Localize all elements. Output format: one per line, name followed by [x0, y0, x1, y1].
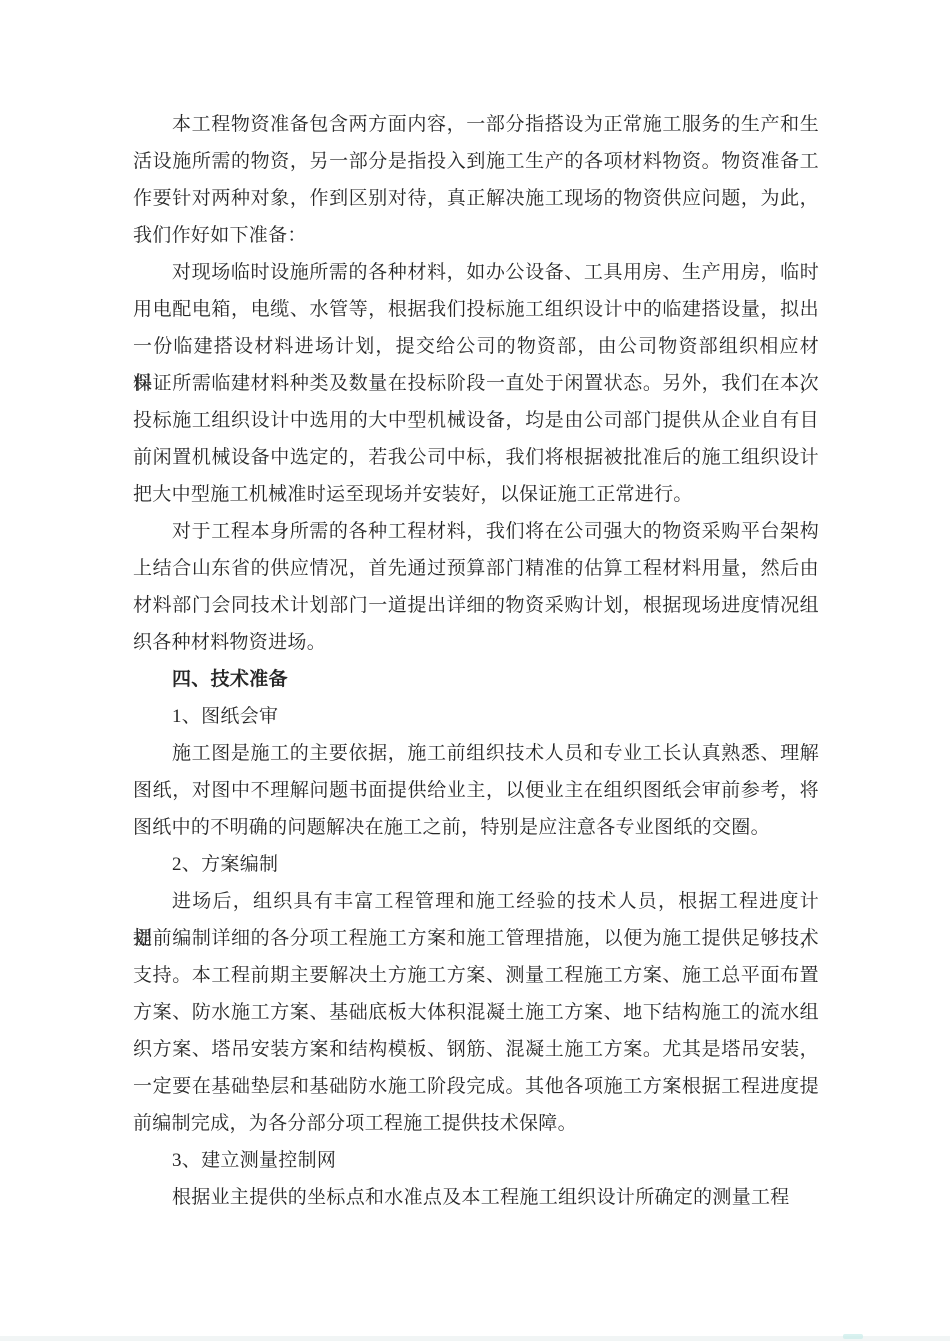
paragraph-line: 一定要在基础垫层和基础防水施工阶段完成。其他各项施工方案根据工程进度提 — [133, 1068, 819, 1105]
document-page: 本工程物资准备包含两方面内容，一部分指搭设为正常施工服务的生产和生活设施所需的物… — [0, 0, 950, 1341]
paragraph-line: 提前编制详细的各分项工程施工方案和施工管理措施，以便为施工提供足够技术 — [133, 920, 819, 957]
paragraph-line: 上结合山东省的供应情况，首先通过预算部门精准的估算工程材料用量，然后由 — [133, 550, 819, 587]
paragraph-line: 一份临建搭设材料进场计划，提交给公司的物资部，由公司物资部组织相应材料， — [133, 328, 819, 365]
paragraph-line: 前闲置机械设备中选定的，若我公司中标，我们将根据被批准后的施工组织设计 — [133, 439, 819, 476]
paragraph-line: 本工程物资准备包含两方面内容，一部分指搭设为正常施工服务的生产和生 — [133, 106, 819, 143]
paragraph-line: 用电配电箱，电缆、水管等，根据我们投标施工组织设计中的临建搭设量，拟出 — [133, 291, 819, 328]
paragraph-line: 织方案、塔吊安装方案和结构模板、钢筋、混凝土施工方案。尤其是塔吊安装， — [133, 1031, 819, 1068]
subsection-heading-line: 1、图纸会审 — [133, 698, 819, 735]
paragraph-line: 对现场临时设施所需的各种材料，如办公设备、工具用房、生产用房，临时 — [133, 254, 819, 291]
scan-artifact — [843, 1334, 863, 1339]
paragraph-line: 活设施所需的物资，另一部分是指投入到施工生产的各项材料物资。物资准备工 — [133, 143, 819, 180]
paragraph-line: 材料部门会同技术计划部门一道提出详细的物资采购计划，根据现场进度情况组 — [133, 587, 819, 624]
section-heading-line: 四、技术准备 — [133, 661, 819, 698]
paragraph-line: 根据业主提供的坐标点和水准点及本工程施工组织设计所确定的测量工程 — [133, 1179, 819, 1216]
paragraph-line: 进场后，组织具有丰富工程管理和施工经验的技术人员，根据工程进度计划， — [133, 883, 819, 920]
paragraph-line: 保证所需临建材料种类及数量在投标阶段一直处于闲置状态。另外，我们在本次 — [133, 365, 819, 402]
paragraph-line: 图纸中的不明确的问题解决在施工之前，特别是应注意各专业图纸的交圈。 — [133, 809, 819, 846]
paragraph-line: 投标施工组织设计中选用的大中型机械设备，均是由公司部门提供从企业自有目 — [133, 402, 819, 439]
paragraph-line: 我们作好如下准备： — [133, 217, 819, 254]
subsection-heading-line: 3、建立测量控制网 — [133, 1142, 819, 1179]
paragraph-line: 图纸，对图中不理解问题书面提供给业主，以便业主在组织图纸会审前参考，将 — [133, 772, 819, 809]
paragraph-line: 施工图是施工的主要依据，施工前组织技术人员和专业工长认真熟悉、理解 — [133, 735, 819, 772]
paragraph-line: 对于工程本身所需的各种工程材料，我们将在公司强大的物资采购平台架构 — [133, 513, 819, 550]
paragraph-line: 前编制完成，为各分部分项工程施工提供技术保障。 — [133, 1105, 819, 1142]
paragraph-line: 作要针对两种对象，作到区别对待，真正解决施工现场的物资供应问题，为此， — [133, 180, 819, 217]
paragraph-line: 支持。本工程前期主要解决土方施工方案、测量工程施工方案、施工总平面布置 — [133, 957, 819, 994]
paragraph-line: 织各种材料物资进场。 — [133, 624, 819, 661]
page-bottom-edge — [0, 1336, 950, 1341]
paragraph-line: 方案、防水施工方案、基础底板大体积混凝土施工方案、地下结构施工的流水组 — [133, 994, 819, 1031]
document-text-block: 本工程物资准备包含两方面内容，一部分指搭设为正常施工服务的生产和生活设施所需的物… — [133, 106, 819, 1216]
paragraph-line: 把大中型施工机械准时运至现场并安装好，以保证施工正常进行。 — [133, 476, 819, 513]
subsection-heading-line: 2、方案编制 — [133, 846, 819, 883]
